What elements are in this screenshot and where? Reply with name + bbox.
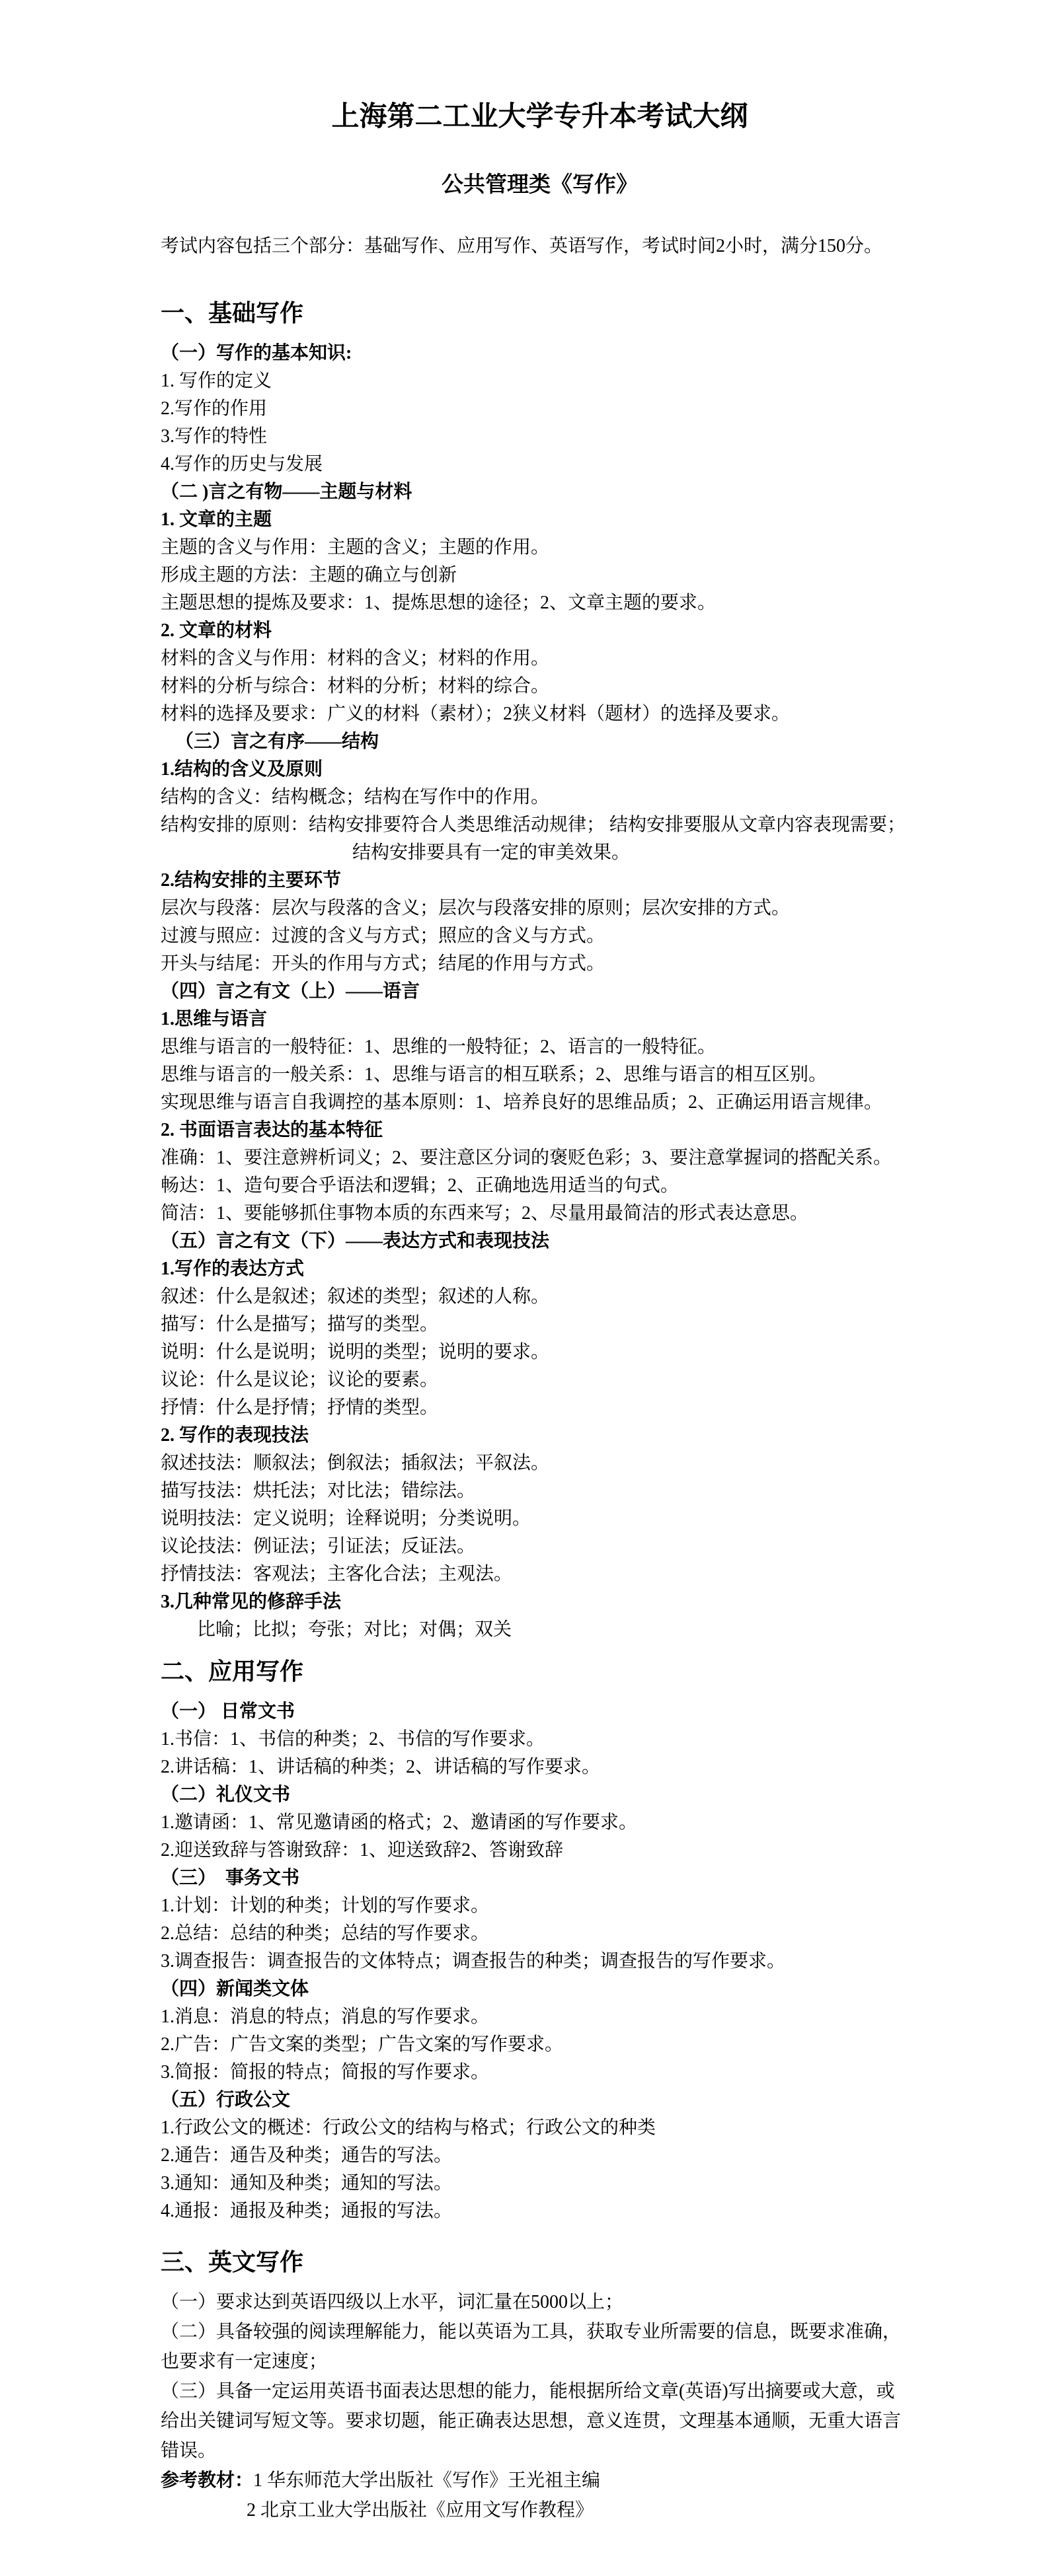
sub-heading-line: 1.思维与语言 [161, 1006, 919, 1033]
sub-heading-line: 2. 文章的材料 [161, 617, 919, 645]
document-line: 开头与结尾：开头的作用与方式；结尾的作用与方式。 [161, 950, 919, 978]
document-line: 材料的含义与作用：材料的含义；材料的作用。 [161, 645, 919, 673]
sub-heading-line: 1.写作的表达方式 [161, 1255, 919, 1283]
sub-heading-line: （三）言之有序——结构 [161, 728, 919, 756]
document-title: 上海第二工业大学专升本考试大纲 [161, 100, 919, 133]
document-line: 1. 写作的定义 [161, 367, 919, 395]
sub-heading-line: 2. 写作的表现技法 [161, 1422, 919, 1450]
document-line: （二）具备较强的阅读理解能力，能以英语为工具，获取专业所需要的信息，既要求准确， [161, 2317, 919, 2347]
document-line: 描写：什么是描写；描写的类型。 [161, 1311, 919, 1339]
sub-heading-line: （二 )言之有物——主题与材料 [161, 478, 919, 506]
sub-heading-line: 1. 文章的主题 [161, 506, 919, 534]
document-line: 思维与语言的一般关系：1、思维与语言的相互联系；2、思维与语言的相互区别。 [161, 1061, 919, 1089]
sub-heading-line: （五）言之有文（下）——表达方式和表现技法 [161, 1228, 919, 1255]
reference-materials-label: 参考教材： [161, 2470, 253, 2491]
document-line: 3.简报：简报的特点；简报的写作要求。 [161, 2059, 919, 2086]
section-lines: （一） 日常文书1.书信：1、书信的种类；2、书信的写作要求。2.讲话稿：1、讲… [161, 1698, 919, 2225]
sub-heading-line: （四）言之有文（上）——语言 [161, 978, 919, 1006]
document-line: 说明技法：定义说明；诠释说明；分类说明。 [161, 1505, 919, 1533]
document-line: 主题思想的提炼及要求：1、提炼思想的途径；2、文章主题的要求。 [161, 589, 919, 617]
sub-heading-line: 3.几种常见的修辞手法 [161, 1588, 919, 1616]
document-line: （一）要求达到英语四级以上水平，词汇量在5000以上； [161, 2287, 919, 2317]
document-line: 简洁：1、要能够抓住事物本质的东西来写；2、尽量用最简洁的形式表达意思。 [161, 1200, 919, 1228]
sub-heading-line: （五）行政公文 [161, 2086, 919, 2114]
document-line: 1.书信：1、书信的种类；2、书信的写作要求。 [161, 1726, 919, 1753]
reference-item-1: 1 华东师范大学出版社《写作》王光祖主编 [253, 2470, 600, 2491]
document-line: 议论：什么是议论；议论的要素。 [161, 1366, 919, 1394]
reference-materials-line: 参考教材：1 华东师范大学出版社《写作》王光祖主编 [161, 2466, 919, 2495]
document-line: 抒情：什么是抒情；抒情的类型。 [161, 1394, 919, 1422]
document-line: 结构的含义：结构概念；结构在写作中的作用。 [161, 784, 919, 811]
reference-item-2: 2 北京工业大学出版社《应用文写作教程》 [161, 2495, 919, 2525]
document-line: 2.迎送致辞与答谢致辞：1、迎送致辞2、答谢致辞 [161, 1837, 919, 1864]
document-line: 主题的含义与作用：主题的含义；主题的作用。 [161, 534, 919, 562]
sub-heading-line: （四）新闻类文体 [161, 1975, 919, 2003]
sub-heading-line: （三） 事务文书 [161, 1864, 919, 1892]
document-line: 思维与语言的一般特征：1、思维的一般特征；2、语言的一般特征。 [161, 1033, 919, 1061]
document-line: 错误。 [161, 2436, 919, 2466]
document-line: 1.邀请函：1、常见邀请函的格式；2、邀请函的写作要求。 [161, 1809, 919, 1837]
document-line: 准确：1、要注意辨析词义；2、要注意区分词的褒贬色彩；3、要注意掌握词的搭配关系… [161, 1144, 919, 1172]
section-lines: （一）写作的基本知识:1. 写作的定义2.写作的作用3.写作的特性4.写作的历史… [161, 340, 919, 1644]
section-3: 三、英文写作（一）要求达到英语四级以上水平，词汇量在5000以上；（二）具备较强… [161, 2245, 919, 2525]
document-line: 畅达：1、造句要合乎语法和逻辑；2、正确地选用适当的句式。 [161, 1172, 919, 1200]
document-line: 2.讲话稿：1、讲话稿的种类；2、讲话稿的写作要求。 [161, 1753, 919, 1781]
sub-heading-line: 2. 书面语言表达的基本特征 [161, 1117, 919, 1144]
document-line: 4.写作的历史与发展 [161, 451, 919, 478]
sub-heading-line: 2.结构安排的主要环节 [161, 867, 919, 895]
sub-heading-line: （一） 日常文书 [161, 1698, 919, 1726]
section-heading: 一、基础写作 [161, 296, 919, 330]
sub-heading-line: （二）礼仪文书 [161, 1781, 919, 1809]
document-line: 结构安排的原则：结构安排要符合人类思维活动规律； 结构安排要服从文章内容表现需要… [161, 811, 919, 839]
document-subtitle: 公共管理类《写作》 [161, 170, 919, 200]
document-line: 3.调查报告：调查报告的文体特点；调查报告的种类；调查报告的写作要求。 [161, 1948, 919, 1975]
sections-container: 一、基础写作（一）写作的基本知识:1. 写作的定义2.写作的作用3.写作的特性4… [161, 296, 919, 2525]
document-line: 2.通告：通告及种类；通告的写法。 [161, 2142, 919, 2170]
sub-heading-line: （一）写作的基本知识: [161, 340, 919, 367]
document-line: 结构安排要具有一定的审美效果。 [161, 839, 919, 867]
section-1: 一、基础写作（一）写作的基本知识:1. 写作的定义2.写作的作用3.写作的特性4… [161, 296, 919, 1644]
document-line: 比喻；比拟；夸张；对比；对偶；双关 [161, 1616, 919, 1644]
document-page: 上海第二工业大学专升本考试大纲 公共管理类《写作》 考试内容包括三个部分：基础写… [0, 0, 1049, 2576]
document-line: 3.写作的特性 [161, 423, 919, 451]
sub-heading-line: 1.结构的含义及原则 [161, 756, 919, 784]
intro-paragraph: 考试内容包括三个部分：基础写作、应用写作、英语写作，考试时间2小时，满分150分… [161, 233, 919, 260]
document-line: 材料的选择及要求：广义的材料（素材）；2狭义材料（题材）的选择及要求。 [161, 700, 919, 728]
document-line: 叙述技法：顺叙法；倒叙法；插叙法；平叙法。 [161, 1450, 919, 1477]
section-2: 二、应用写作（一） 日常文书1.书信：1、书信的种类；2、书信的写作要求。2.讲… [161, 1654, 919, 2225]
document-line: 抒情技法：客观法；主客化合法；主观法。 [161, 1561, 919, 1588]
document-line: 1.行政公文的概述：行政公文的结构与格式；行政公文的种类 [161, 2114, 919, 2142]
document-line: 2.写作的作用 [161, 395, 919, 423]
document-line: 3.通知：通知及种类；通知的写法。 [161, 2170, 919, 2197]
section-heading: 二、应用写作 [161, 1654, 919, 1689]
section-heading: 三、英文写作 [161, 2245, 919, 2279]
section-lines: （一）要求达到英语四级以上水平，词汇量在5000以上；（二）具备较强的阅读理解能… [161, 2287, 919, 2525]
document-line: 说明：什么是说明；说明的类型；说明的要求。 [161, 1339, 919, 1366]
document-line: 材料的分析与综合：材料的分析；材料的综合。 [161, 673, 919, 700]
document-line: 议论技法：例证法；引证法；反证法。 [161, 1533, 919, 1561]
document-line: 形成主题的方法：主题的确立与创新 [161, 562, 919, 589]
document-line: 描写技法：烘托法；对比法；错综法。 [161, 1477, 919, 1505]
document-line: 1.计划：计划的种类；计划的写作要求。 [161, 1892, 919, 1920]
document-line: 也要求有一定速度； [161, 2347, 919, 2376]
document-line: （三）具备一定运用英语书面表达思想的能力，能根据所给文章(英语)写出摘要或大意，… [161, 2376, 919, 2406]
document-line: 1.消息：消息的特点；消息的写作要求。 [161, 2003, 919, 2031]
document-line: 2.广告：广告文案的类型；广告文案的写作要求。 [161, 2031, 919, 2059]
document-line: 叙述：什么是叙述；叙述的类型；叙述的人称。 [161, 1283, 919, 1311]
document-line: 层次与段落：层次与段落的含义；层次与段落安排的原则；层次安排的方式。 [161, 895, 919, 922]
document-line: 实现思维与语言自我调控的基本原则：1、培养良好的思维品质；2、正确运用语言规律。 [161, 1089, 919, 1117]
document-line: 4.通报：通报及种类；通报的写法。 [161, 2197, 919, 2225]
document-line: 过渡与照应：过渡的含义与方式；照应的含义与方式。 [161, 922, 919, 950]
document-line: 给出关键词写短文等。要求切题，能正确表达思想，意义连贯，文理基本通顺，无重大语言 [161, 2406, 919, 2436]
document-line: 2.总结：总结的种类；总结的写作要求。 [161, 1920, 919, 1948]
